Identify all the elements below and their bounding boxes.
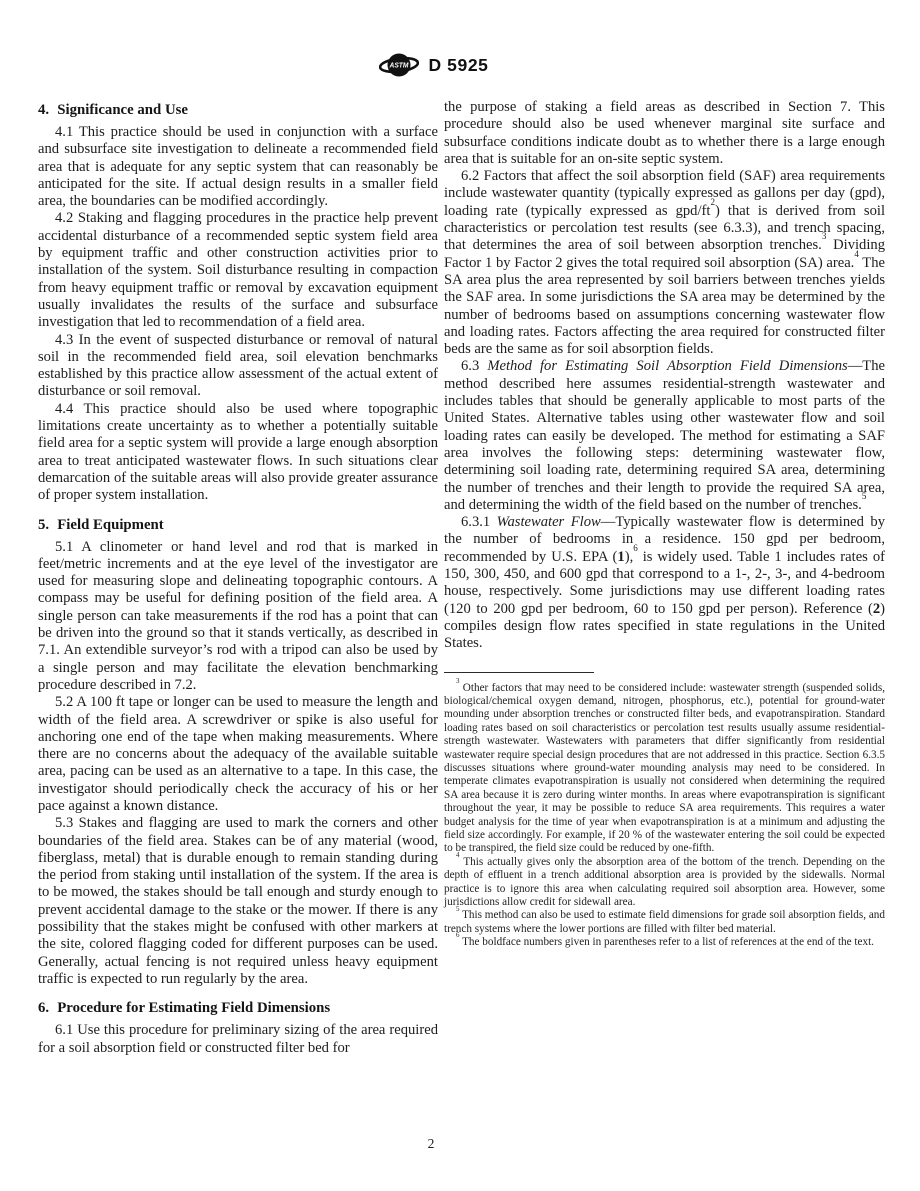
paragraph-6-3: 6.3 Method for Estimating Soil Absorptio… [444,358,885,514]
section-number: 5. [38,517,49,533]
paragraph-6-3-1: 6.3.1 Wastewater Flow—Typically wastewat… [444,514,885,652]
footnote-ref-3: 3 [822,231,827,241]
footnote-separator [444,672,594,673]
right-column: the purpose of staking a field areas as … [444,99,885,1057]
document-page: ASTM D 5925 4.Significance and Use 4.1 T… [0,0,920,1191]
footnote-number: 3 [456,677,459,685]
footnote-4: 4 This actually gives only the absorptio… [444,856,885,910]
section-heading-4: 4.Significance and Use [38,101,438,119]
paragraph-4-2: 4.2 Staking and flagging procedures in t… [38,210,438,331]
footnote-text: Other factors that may need to be consid… [444,682,885,855]
section-heading-6: 6.Procedure for Estimating Field Dimensi… [38,999,438,1017]
footnote-number: 5 [456,905,459,913]
section-number: 6. [38,1000,49,1016]
footnote-ref-5: 5 [862,491,867,501]
footnote-text: The boldface numbers given in parenthese… [462,936,874,948]
footnote-3: 3 Other factors that may need to be cons… [444,682,885,856]
paragraph-5-1: 5.1 A clinometer or hand level and rod t… [38,539,438,695]
paragraph-6-2: 6.2 Factors that affect the soil absorpt… [444,168,885,358]
paragraph-4-4: 4.4 This practice should also be used wh… [38,401,438,505]
paragraph-5-2: 5.2 A 100 ft tape or longer can be used … [38,694,438,815]
section-title: Procedure for Estimating Field Dimension… [57,1000,330,1016]
doc-number: D 5925 [428,55,488,76]
reference-number: 1 [617,549,624,565]
left-column: 4.Significance and Use 4.1 This practice… [38,99,438,1057]
text-columns: 4.Significance and Use 4.1 This practice… [38,99,885,1057]
text-run: ), [625,549,634,565]
footnotes-block: 3 Other factors that may need to be cons… [444,672,885,950]
section-title: Field Equipment [57,517,163,533]
footnote-ref-4: 4 [854,249,859,259]
italic-term: Wastewater Flow [497,514,601,530]
text-run: 6.3 [461,358,487,374]
page-header: ASTM D 5925 [0,50,868,80]
text-run: 6.3.1 [461,514,497,530]
superscript: 2 [710,197,715,207]
footnote-6: 6 The boldface numbers given in parenthe… [444,936,885,949]
footnote-5: 5 This method can also be used to estima… [444,909,885,936]
footnote-text: This actually gives only the absorption … [444,856,885,908]
section-number: 4. [38,102,49,118]
astm-logo-icon: ASTM [379,50,419,80]
paragraph-6-1-continued: the purpose of staking a field areas as … [444,99,885,168]
page-number: 2 [428,1136,435,1151]
section-heading-5: 5.Field Equipment [38,516,438,534]
svg-text:ASTM: ASTM [389,63,409,70]
page-footer: 2 [0,1136,862,1152]
footnote-text: This method can also be used to estimate… [444,909,885,934]
paragraph-5-3: 5.3 Stakes and flagging are used to mark… [38,815,438,988]
paragraph-4-1: 4.1 This practice should be used in conj… [38,124,438,210]
paragraph-6-1: 6.1 Use this procedure for preliminary s… [38,1022,438,1057]
italic-term: Method for Estimating Soil Absorption Fi… [487,358,847,374]
section-title: Significance and Use [57,102,188,118]
text-run: —The method described here assumes resid… [444,358,885,512]
footnote-number: 6 [456,931,459,939]
footnote-ref-6: 6 [633,543,638,553]
footnote-number: 4 [456,851,459,859]
paragraph-4-3: 4.3 In the event of suspected disturbanc… [38,332,438,401]
